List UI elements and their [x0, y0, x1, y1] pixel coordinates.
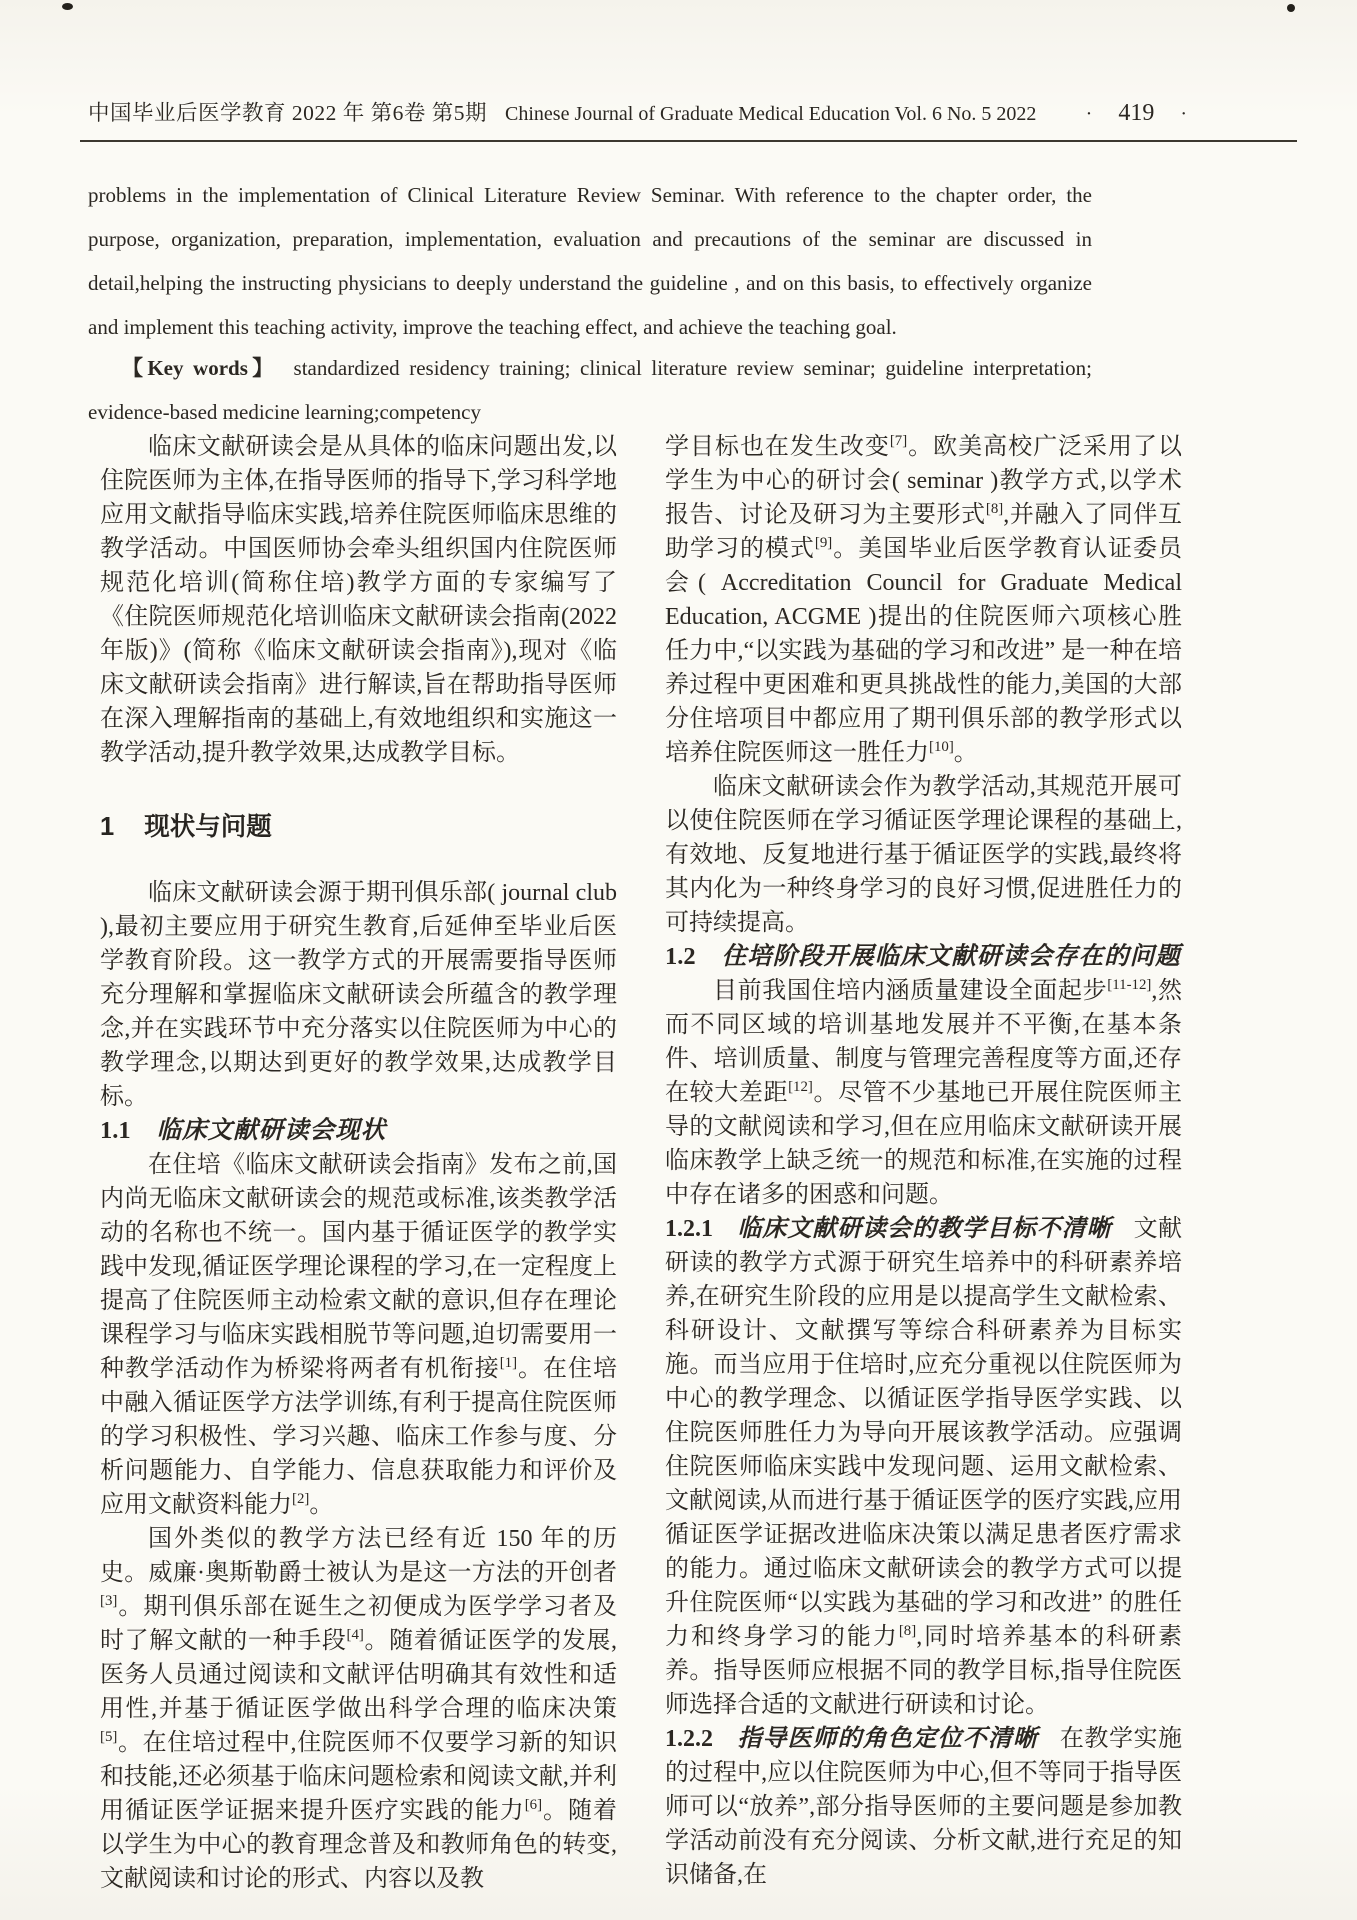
journal-page: 中国毕业后医学教育 2022 年 第6卷 第5期 Chinese Journal… [0, 0, 1357, 1920]
journal-title-en: Chinese Journal of Graduate Medical Educ… [505, 103, 1036, 125]
reference-marker: [12] [788, 1079, 813, 1095]
scan-artifact [62, 3, 73, 10]
section-title: 现状与问题 [144, 813, 272, 841]
subsection-heading: 1.1临床文献研读会现状 [100, 1114, 617, 1148]
body-paragraph: 学目标也在发生改变[7]。欧美高校广泛采用了以学生为中心的研讨会( semina… [665, 430, 1182, 770]
running-header: 中国毕业后医学教育 2022 年 第6卷 第5期 Chinese Journal… [88, 96, 1187, 127]
body-paragraph: 目前我国住培内涵质量建设全面起步[11-12],然而不同区域的培训基地发展并不平… [665, 974, 1182, 1212]
journal-line: 中国毕业后医学教育 2022 年 第6卷 第5期 Chinese Journal… [88, 96, 1036, 127]
page-number-dot-left: · [1086, 103, 1093, 126]
reference-marker: [4] [347, 1627, 364, 1643]
text-column-left: 临床文献研读会是从具体的临床问题出发,以住院医师为主体,在指导医师的指导下,学习… [100, 430, 617, 1896]
reference-marker: [10] [929, 739, 954, 755]
page-number-group: · 419 · [1086, 100, 1187, 127]
reference-marker: [1] [500, 1355, 517, 1371]
header-rule [80, 140, 1297, 142]
keywords-label: 【Key words】 [122, 356, 278, 380]
reference-marker: [2] [292, 1491, 309, 1507]
subsection-number: 1.1 [100, 1117, 131, 1144]
body-paragraph: 临床文献研读会作为教学活动,其规范开展可以使住院医师在学习循证医学理论课程的基础… [665, 770, 1182, 940]
section-number: 1 [100, 813, 114, 841]
reference-marker: [3] [100, 1593, 117, 1609]
abstract-continuation: problems in the implementation of Clinic… [88, 173, 1092, 349]
journal-title-cn: 中国毕业后医学教育 2022 年 第6卷 第5期 [88, 101, 487, 125]
reference-marker: [6] [525, 1797, 542, 1813]
keywords-paragraph: 【Key words】standardized residency traini… [88, 346, 1092, 434]
run-in-section: 1.2.2指导医师的角色定位不清晰在教学实施的过程中,应以住院医师为中心,但不等… [665, 1722, 1182, 1892]
body-paragraph: 国外类似的教学方法已经有近 150 年的历史。威廉·奥斯勒爵士被认为是这一方法的… [100, 1522, 617, 1896]
scan-artifact [1287, 4, 1295, 12]
reference-marker: [8] [986, 501, 1003, 517]
subsection-title: 住培阶段开展临床文献研读会存在的问题 [722, 943, 1181, 970]
body-columns: 临床文献研读会是从具体的临床问题出发,以住院医师为主体,在指导医师的指导下,学习… [100, 430, 1182, 1896]
run-in-section: 1.2.1临床文献研读会的教学目标不清晰文献研读的教学方式源于研究生培养中的科研… [665, 1212, 1182, 1722]
subsection-number: 1.2 [665, 943, 696, 970]
reference-marker: [8] [899, 1623, 916, 1639]
run-in-title: 临床文献研读会的教学目标不清晰 [737, 1216, 1112, 1242]
body-paragraph: 在住培《临床文献研读会指南》发布之前,国内尚无临床文献研读会的规范或标准,该类教… [100, 1148, 617, 1522]
reference-marker: [11-12] [1107, 977, 1151, 993]
run-in-number: 1.2.2 [665, 1726, 713, 1752]
text-column-right: 学目标也在发生改变[7]。欧美高校广泛采用了以学生为中心的研讨会( semina… [665, 430, 1182, 1896]
subsection-heading: 1.2住培阶段开展临床文献研读会存在的问题 [665, 940, 1182, 974]
page-number: 419 [1118, 100, 1154, 127]
body-paragraph: 临床文献研读会源于期刊俱乐部( journal club ),最初主要应用于研究… [100, 876, 617, 1114]
reference-marker: [5] [100, 1729, 117, 1745]
reference-marker: [7] [890, 433, 907, 449]
section-heading: 1现状与问题 [100, 810, 617, 844]
reference-marker: [9] [815, 535, 832, 551]
subsection-title: 临床文献研读会现状 [157, 1117, 387, 1144]
run-in-title: 指导医师的角色定位不清晰 [737, 1726, 1038, 1752]
run-in-number: 1.2.1 [665, 1216, 713, 1242]
page-number-dot-right: · [1180, 103, 1187, 126]
body-paragraph: 临床文献研读会是从具体的临床问题出发,以住院医师为主体,在指导医师的指导下,学习… [100, 430, 617, 770]
